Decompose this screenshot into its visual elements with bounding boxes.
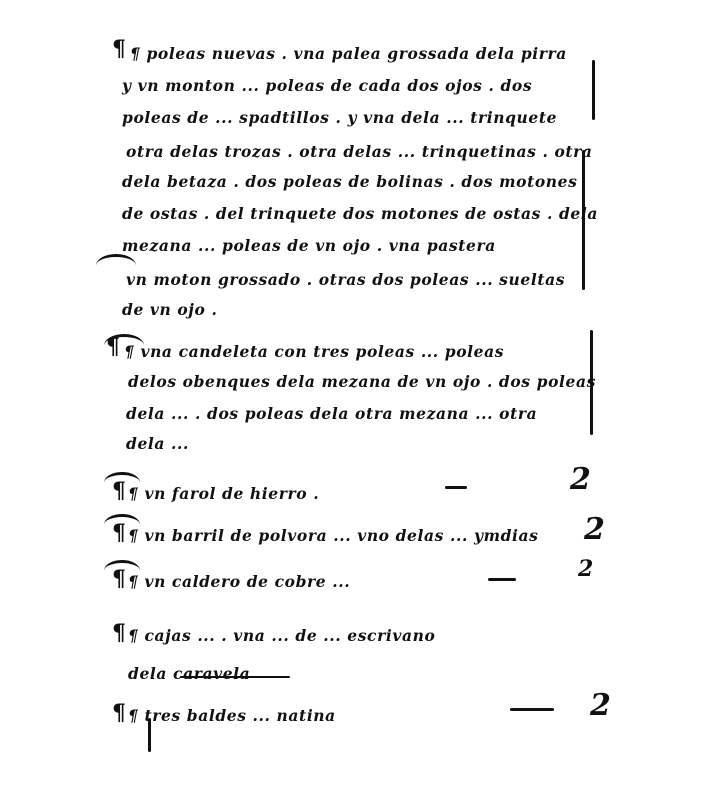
quantity-dash — [488, 578, 516, 581]
manuscript-line: ¶ tres baldes ... natina — [128, 706, 336, 725]
margin-bracket — [590, 330, 593, 435]
quantity-dash — [510, 708, 554, 711]
flourish — [104, 334, 144, 357]
manuscript-line: ¶ vn barril de polvora ... vno delas ...… — [128, 526, 538, 545]
manuscript-line: dela ... . dos poleas dela otra mezana .… — [126, 404, 537, 423]
quantity-value: 2 — [570, 462, 591, 497]
manuscript-line: de ostas . del trinquete dos motones de … — [122, 204, 598, 223]
quantity-value: 2 — [584, 512, 605, 547]
manuscript-line: ¶ poleas nuevas . vna palea grossada del… — [130, 44, 567, 63]
manuscript-line: ¶ vn farol de hierro . — [128, 484, 319, 503]
manuscript-line: dela ... — [126, 434, 189, 453]
manuscript-line: y vn monton ... poleas de cada dos ojos … — [122, 76, 532, 95]
manuscript-line: de vn ojo . — [122, 300, 217, 319]
manuscript-line: ¶ vna candeleta con tres poleas ... pole… — [124, 342, 504, 361]
manuscript-line: delos obenques dela mezana de vn ojo . d… — [128, 372, 596, 391]
manuscript-line: poleas de ... spadtillos . y vna dela ..… — [122, 108, 557, 127]
paragraph-mark: ¶ — [112, 700, 126, 726]
underline — [180, 676, 290, 678]
manuscript-line: vn moton grossado . otras dos poleas ...… — [126, 270, 565, 289]
margin-bracket — [592, 60, 595, 120]
flourish — [96, 254, 136, 277]
quantity-value: 2 — [578, 556, 593, 582]
manuscript-page: ¶ ¶ poleas nuevas . vna palea grossada d… — [0, 0, 720, 789]
manuscript-line: otra delas trozas . otra delas ... trinq… — [126, 142, 593, 161]
paragraph-mark: ¶ — [112, 620, 126, 646]
manuscript-line: ¶ vn caldero de cobre ... — [128, 572, 350, 591]
quantity-value: 2 — [590, 688, 611, 723]
manuscript-line: ¶ cajas ... . vna ... de ... escrivano — [128, 626, 435, 645]
margin-bracket — [582, 150, 585, 290]
manuscript-line: dela betaza . dos poleas de bolinas . do… — [122, 172, 577, 191]
manuscript-line: mezana ... poleas de vn ojo . vna paster… — [122, 236, 496, 255]
manuscript-line: dela caravela — [128, 664, 250, 683]
quantity-dash — [445, 486, 467, 489]
descender-stroke — [148, 718, 151, 752]
paragraph-mark: ¶ — [112, 36, 126, 62]
